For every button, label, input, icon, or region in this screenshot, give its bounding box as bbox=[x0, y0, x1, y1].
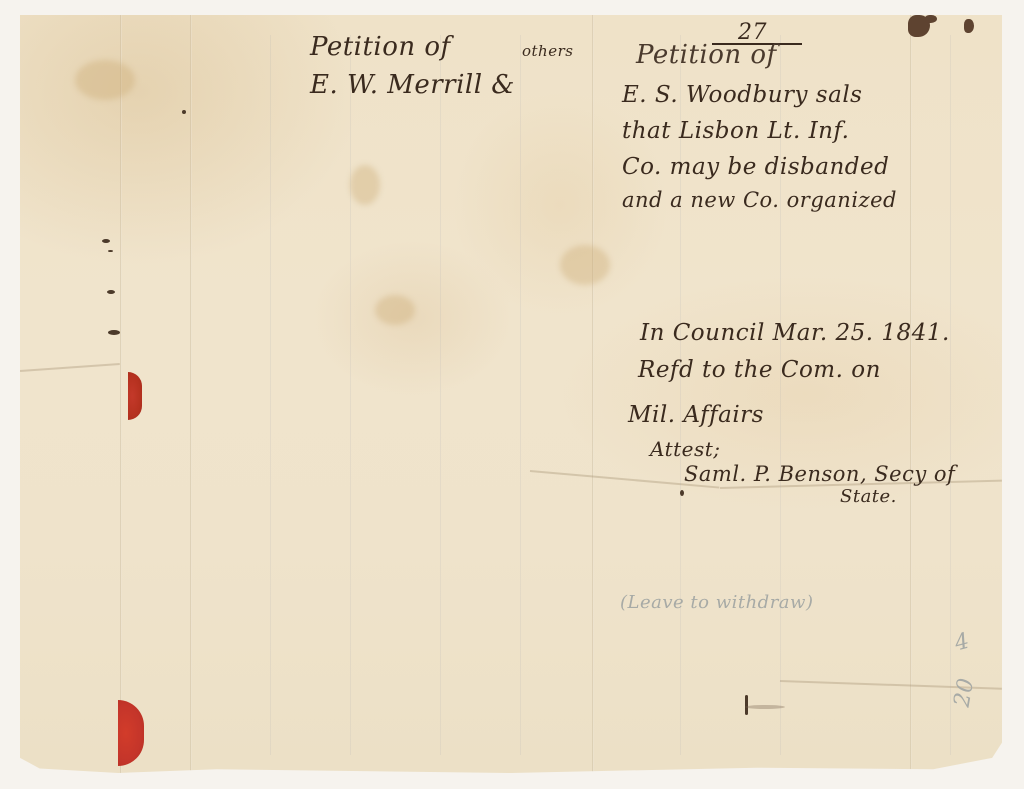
ink-speck bbox=[102, 239, 110, 243]
crease-line bbox=[20, 363, 120, 372]
right-docket-line5: and a new Co. organized bbox=[622, 188, 897, 212]
ink-speck bbox=[745, 705, 785, 709]
water-stain bbox=[350, 165, 380, 205]
wax-seal-lower bbox=[118, 700, 144, 766]
bleed-through-line bbox=[950, 35, 951, 755]
ink-speck bbox=[107, 290, 115, 294]
right-docket-line4: Co. may be disbanded bbox=[622, 154, 889, 180]
right-docket-line1: Petition of bbox=[636, 40, 777, 70]
left-docket-line1: Petition of bbox=[310, 32, 451, 62]
bleed-through-line bbox=[520, 35, 521, 755]
ink-speck bbox=[108, 330, 120, 335]
wax-seal-upper bbox=[128, 372, 142, 420]
pencil-note: (Leave to withdraw) bbox=[620, 592, 813, 613]
ink-speck bbox=[182, 110, 186, 114]
fold-line bbox=[592, 15, 594, 773]
fold-line bbox=[120, 15, 122, 773]
bleed-through-line bbox=[440, 35, 441, 755]
water-stain bbox=[560, 245, 610, 285]
left-docket-insert: others bbox=[522, 42, 573, 60]
margin-pencil-number: 20 bbox=[950, 676, 980, 709]
right-docket-line2: E. S. Woodbury sals bbox=[622, 82, 862, 108]
council-date: In Council Mar. 25. 1841. bbox=[640, 320, 950, 346]
fold-line bbox=[910, 15, 912, 773]
council-attest: Attest; bbox=[650, 437, 721, 461]
bleed-through-line bbox=[270, 35, 271, 755]
council-referral: Refd to the Com. on bbox=[638, 357, 881, 383]
council-committee: Mil. Affairs bbox=[628, 402, 764, 428]
secretary-signature: Saml. P. Benson, Secy of bbox=[684, 462, 955, 486]
water-stain bbox=[375, 295, 415, 325]
bleed-through-line bbox=[350, 35, 351, 755]
water-stain bbox=[75, 60, 135, 100]
right-docket-line3: that Lisbon Lt. Inf. bbox=[622, 118, 850, 144]
secretary-signature-cont: State. bbox=[840, 486, 897, 507]
document-paper bbox=[20, 15, 1002, 773]
ink-blot bbox=[964, 19, 974, 33]
fold-line bbox=[190, 15, 192, 773]
ink-speck bbox=[108, 250, 113, 252]
left-docket-line2: E. W. Merrill & bbox=[310, 70, 515, 100]
ink-blot bbox=[925, 15, 937, 23]
ink-speck bbox=[680, 490, 684, 496]
